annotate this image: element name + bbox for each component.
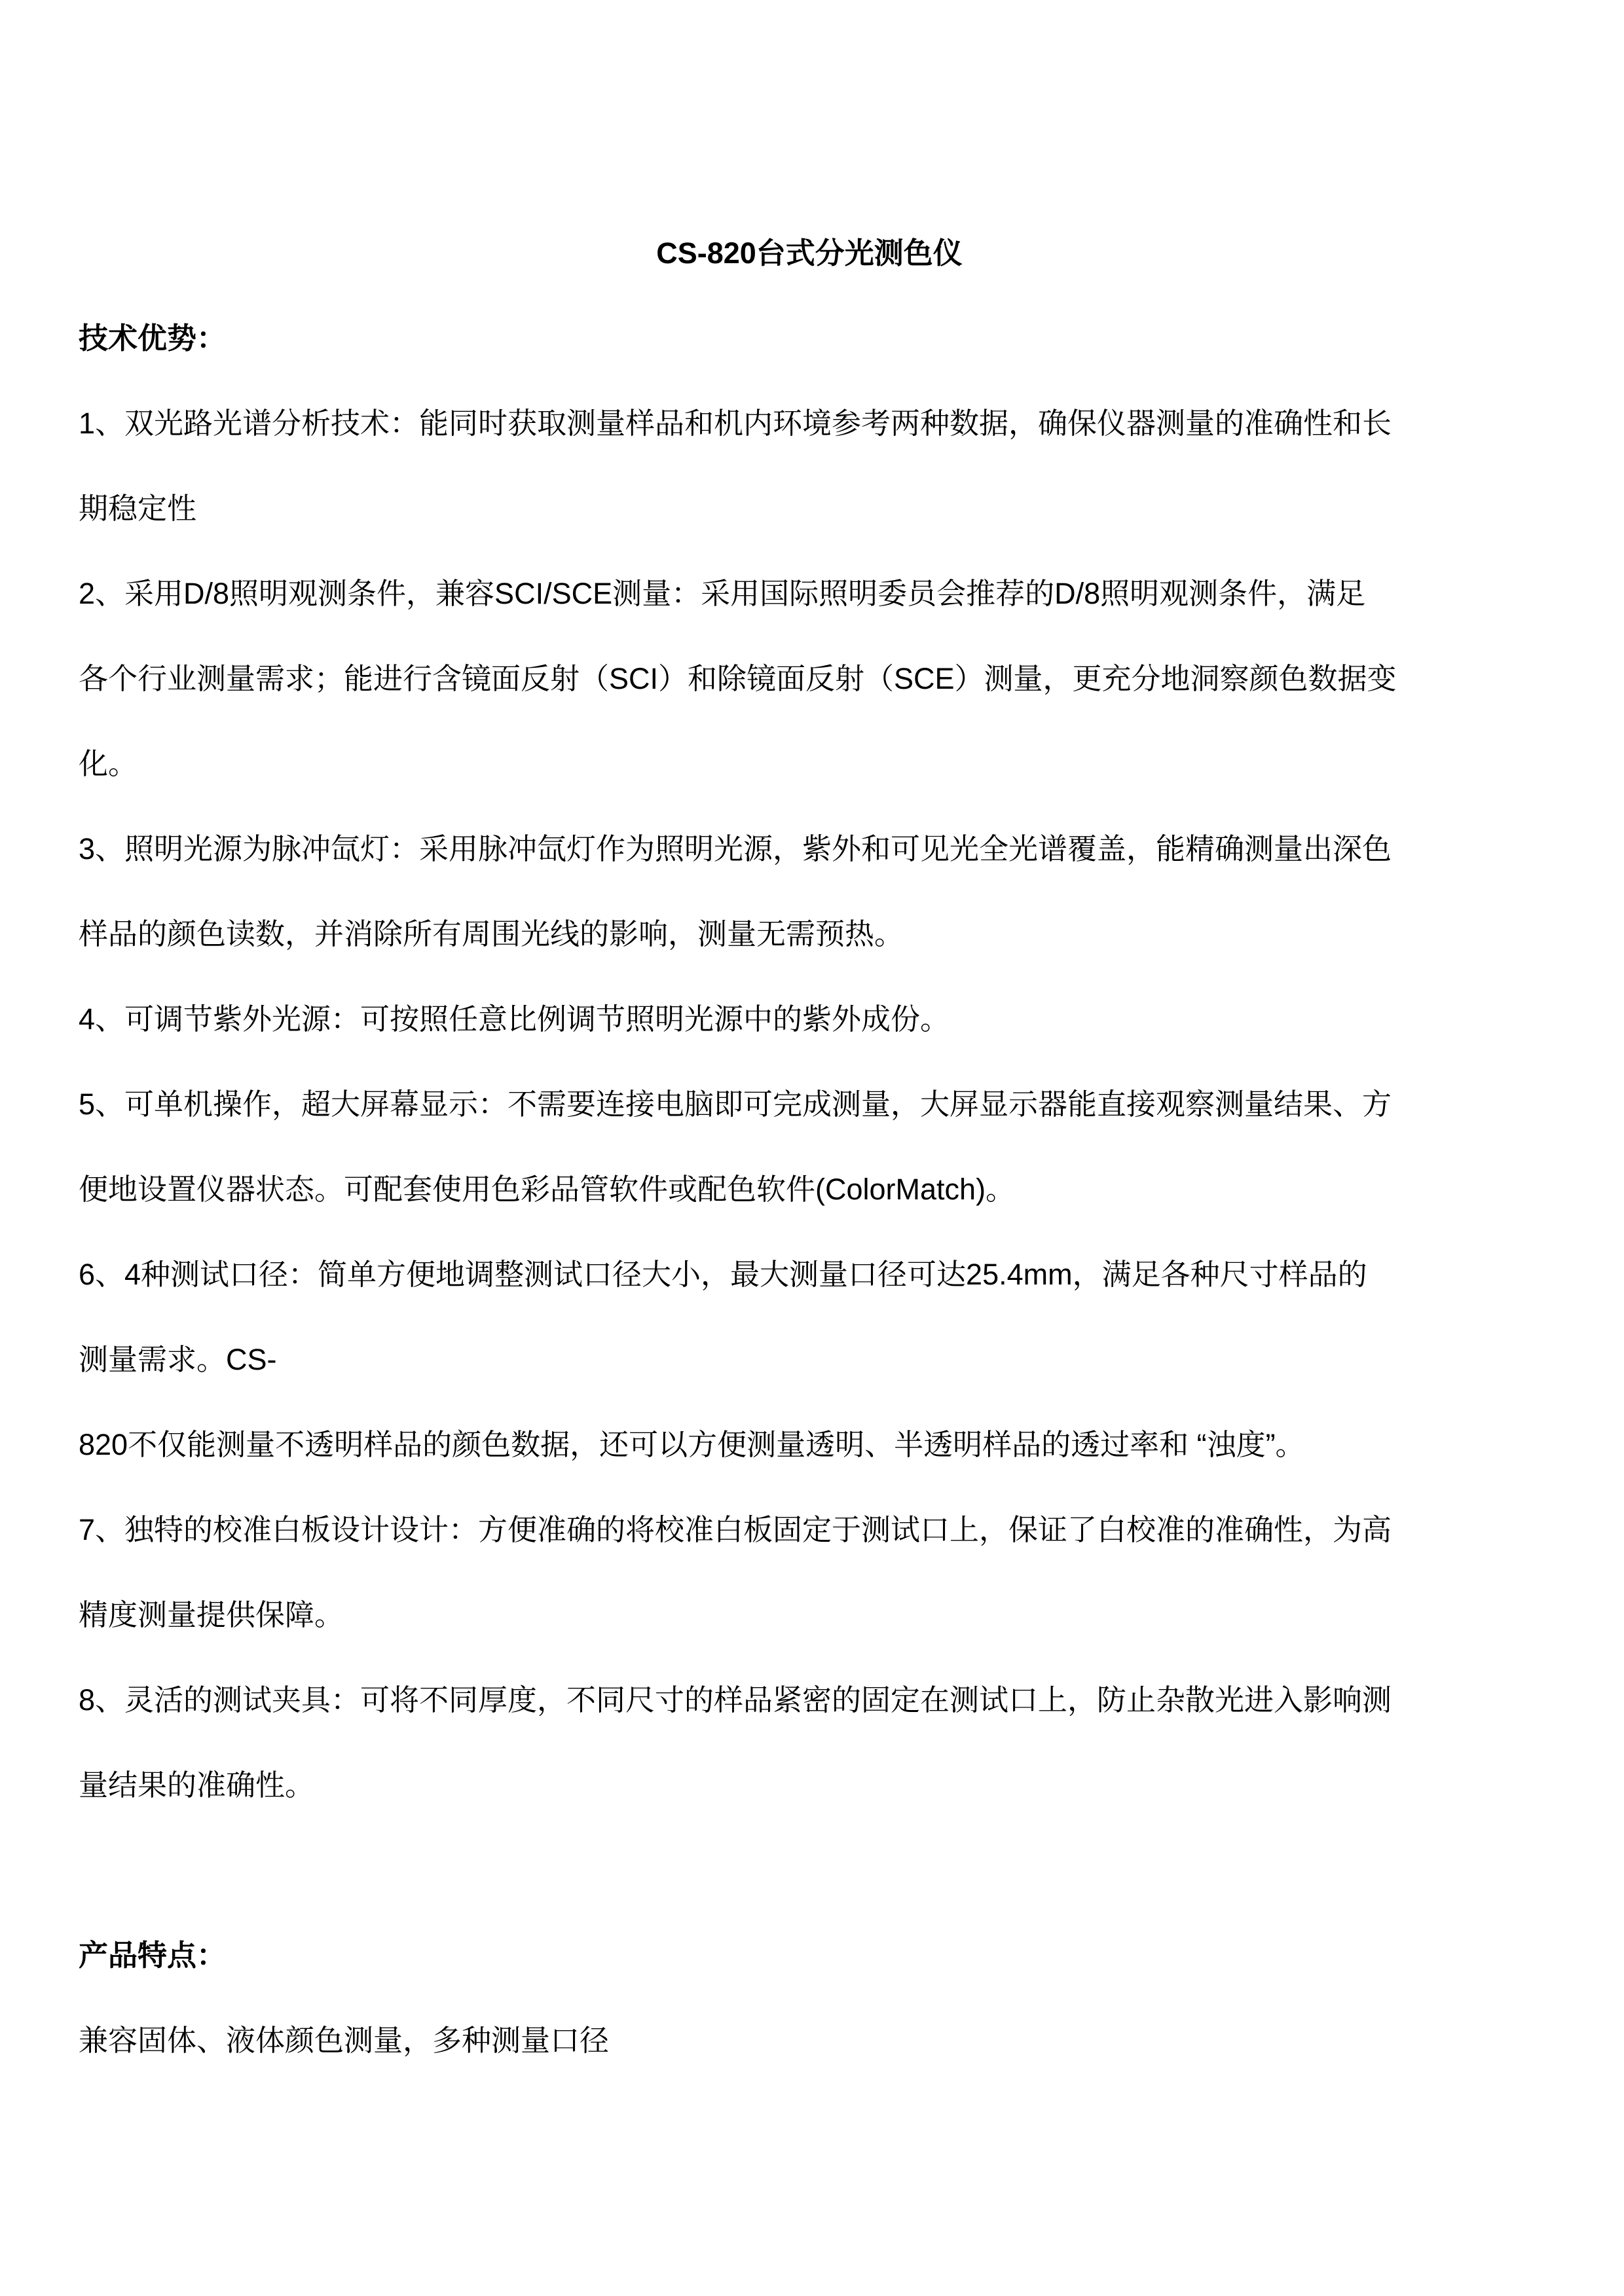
text-line: 便地设置仪器状态。可配套使用色彩品管软件或配色软件(ColorMatch)。 [79,1147,1540,1232]
text-line: 1、双光路光谱分析技术：能同时获取测量样品和机内环境参考两种数据，确保仪器测量的… [79,381,1540,466]
text-line: 7、独特的校准白板设计设计：方便准确的将校准白板固定于测试口上，保证了白校准的准… [79,1487,1540,1573]
text-line: 各个行业测量需求；能进行含镜面反射（SCI）和除镜面反射（SCE）测量，更充分地… [79,636,1540,721]
document-page: CS-820台式分光测色仪 技术优势： 1、双光路光谱分析技术：能同时获取测量样… [0,0,1624,2296]
text-line: 3、照明光源为脉冲氙灯：采用脉冲氙灯作为照明光源，紫外和可见光全光谱覆盖，能精确… [79,807,1540,892]
text-line: 5、可单机操作，超大屏幕显示：不需要连接电脑即可完成测量，大屏显示器能直接观察测… [79,1062,1540,1147]
text-line: 样品的颜色读数，并消除所有周围光线的影响，测量无需预热。 [79,892,1540,977]
text-line: 期稳定性 [79,466,1540,551]
document-title: CS-820台式分光测色仪 [79,211,1540,296]
text-line: 6、4种测试口径：简单方便地调整测试口径大小，最大测量口径可达25.4mm，满足… [79,1232,1540,1317]
text-line: 8、灵活的测试夹具：可将不同厚度，不同尺寸的样品紧密的固定在测试口上，防止杂散光… [79,1658,1540,1743]
text-line: 4、可调节紫外光源：可按照任意比例调节照明光源中的紫外成份。 [79,977,1540,1062]
text-line: 兼容固体、液体颜色测量，多种测量口径 [79,1998,1540,2083]
section-heading-technical-advantages: 技术优势： [79,296,1540,381]
text-line: 2、采用D/8照明观测条件，兼容SCI/SCE测量：采用国际照明委员会推荐的D/… [79,551,1540,636]
text-line: 820不仅能测量不透明样品的颜色数据，还可以方便测量透明、半透明样品的透过率和 … [79,1402,1540,1487]
text-line: 测量需求。CS- [79,1317,1540,1402]
text-line: 精度测量提供保障。 [79,1573,1540,1658]
blank-line [79,1828,1540,1913]
section-heading-product-features: 产品特点： [79,1913,1540,1998]
text-line: 化。 [79,721,1540,807]
text-line: 量结果的准确性。 [79,1743,1540,1828]
